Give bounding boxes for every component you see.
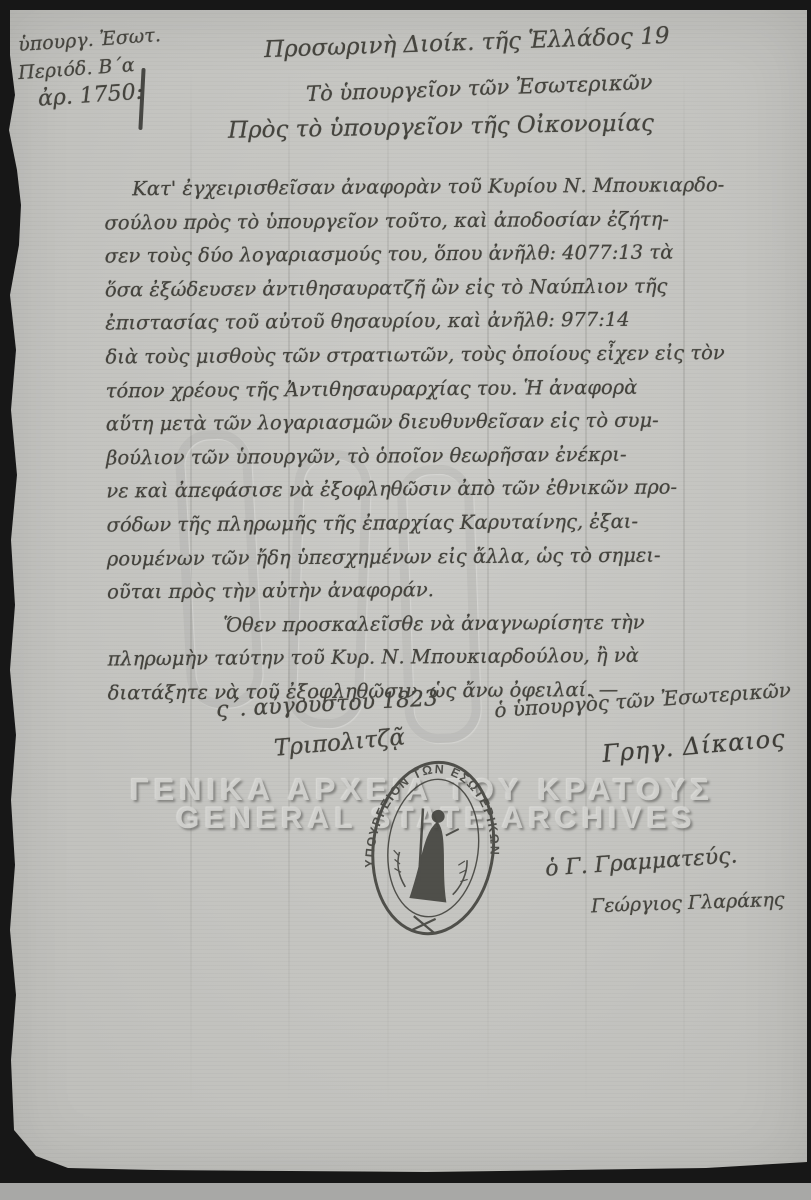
body-line: Κατ' ἐγχειρισθεῖσαν ἀναφορὰν τοῦ Κυρίου …	[104, 168, 810, 207]
body-line: Ὅθεν προσκαλεῖσθε νὰ ἀναγνωρίσητε τὴν	[107, 604, 811, 643]
scanned-document: ὑπουργ. Ἐσωτ. Περιόδ. Β΄α ἀρ. 1750: Προσ…	[0, 0, 811, 1200]
scanner-background-strip	[0, 1183, 811, 1200]
body-line: βούλιον τῶν ὑπουργῶν, τὸ ὁποῖον θεωρῆσαν…	[106, 436, 811, 475]
body-line: ρουμένων τῶν ἤδη ὑπεσχημένων εἰς ἄλλα, ὡ…	[107, 537, 811, 576]
secretary-name: Γεώργιος Γλαράκης	[591, 889, 785, 918]
body-line: ἐπιστασίας τοῦ αὐτοῦ θησαυρίου, καὶ ἀνῆλ…	[105, 302, 811, 341]
secretary-title: ὁ Γ. Γραμματεύς.	[544, 843, 738, 881]
header-recipient-line: Πρὸς τὸ ὑπουργεῖον τῆς Οἰκονομίας	[228, 110, 654, 143]
ministry-seal-stamp: ΥΠΟΥΡΓΕΙΟΝ ΤΩΝ ΕΣΩΤΕΡΙΚΩΝ	[346, 742, 519, 959]
body-line: αὕτη μετὰ τῶν λογαριασμῶν διευθυνθεῖσαν …	[106, 403, 811, 442]
document-paper: ὑπουργ. Ἐσωτ. Περιόδ. Β΄α ἀρ. 1750: Προσ…	[6, 10, 807, 1178]
header-administration-line: Προσωρινὴ Διοίκ. τῆς Ἑλλάδος 19	[264, 23, 670, 63]
body-line: πληρωμὴν ταύτην τοῦ Κυρ. Ν. Μπουκιαρδούλ…	[107, 638, 811, 677]
body-line: οῦται πρὸς τὴν αὐτὴν ἀναφοράν.	[107, 571, 811, 610]
body-line: τόπον χρέους τῆς Ἀντιθησαυραρχίας του. Ἡ…	[106, 369, 811, 408]
body-line: σόδων τῆς πληρωμῆς τῆς ἐπαρχίας Καρυταίν…	[106, 503, 811, 542]
minister-signature: Γρηγ. Δίκαιος	[601, 724, 786, 768]
body-line: ὅσα ἐξώδευσεν ἀντιθησαυρατζῆ ὢν εἰς τὸ Ν…	[105, 268, 811, 307]
body-line: σούλου πρὸς τὸ ὑπουργεῖον τοῦτο, καὶ ἀπο…	[104, 201, 810, 240]
header-sender-line: Τὸ ὑπουργεῖον τῶν Ἐσωτερικῶν	[306, 70, 653, 106]
body-line: σεν τοὺς δύο λογαριασμούς του, ὅπου ἀνῆλ…	[105, 235, 811, 274]
body-text: Κατ' ἐγχειρισθεῖσαν ἀναφορὰν τοῦ Κυρίου …	[104, 168, 811, 710]
body-line: διὰ τοὺς μισθοὺς τῶν στρατιωτῶν, τοὺς ὁπ…	[105, 336, 811, 375]
body-line: νε καὶ ἀπεφάσισε νὰ ἐξοφληθῶσιν ἀπὸ τῶν …	[106, 470, 811, 509]
